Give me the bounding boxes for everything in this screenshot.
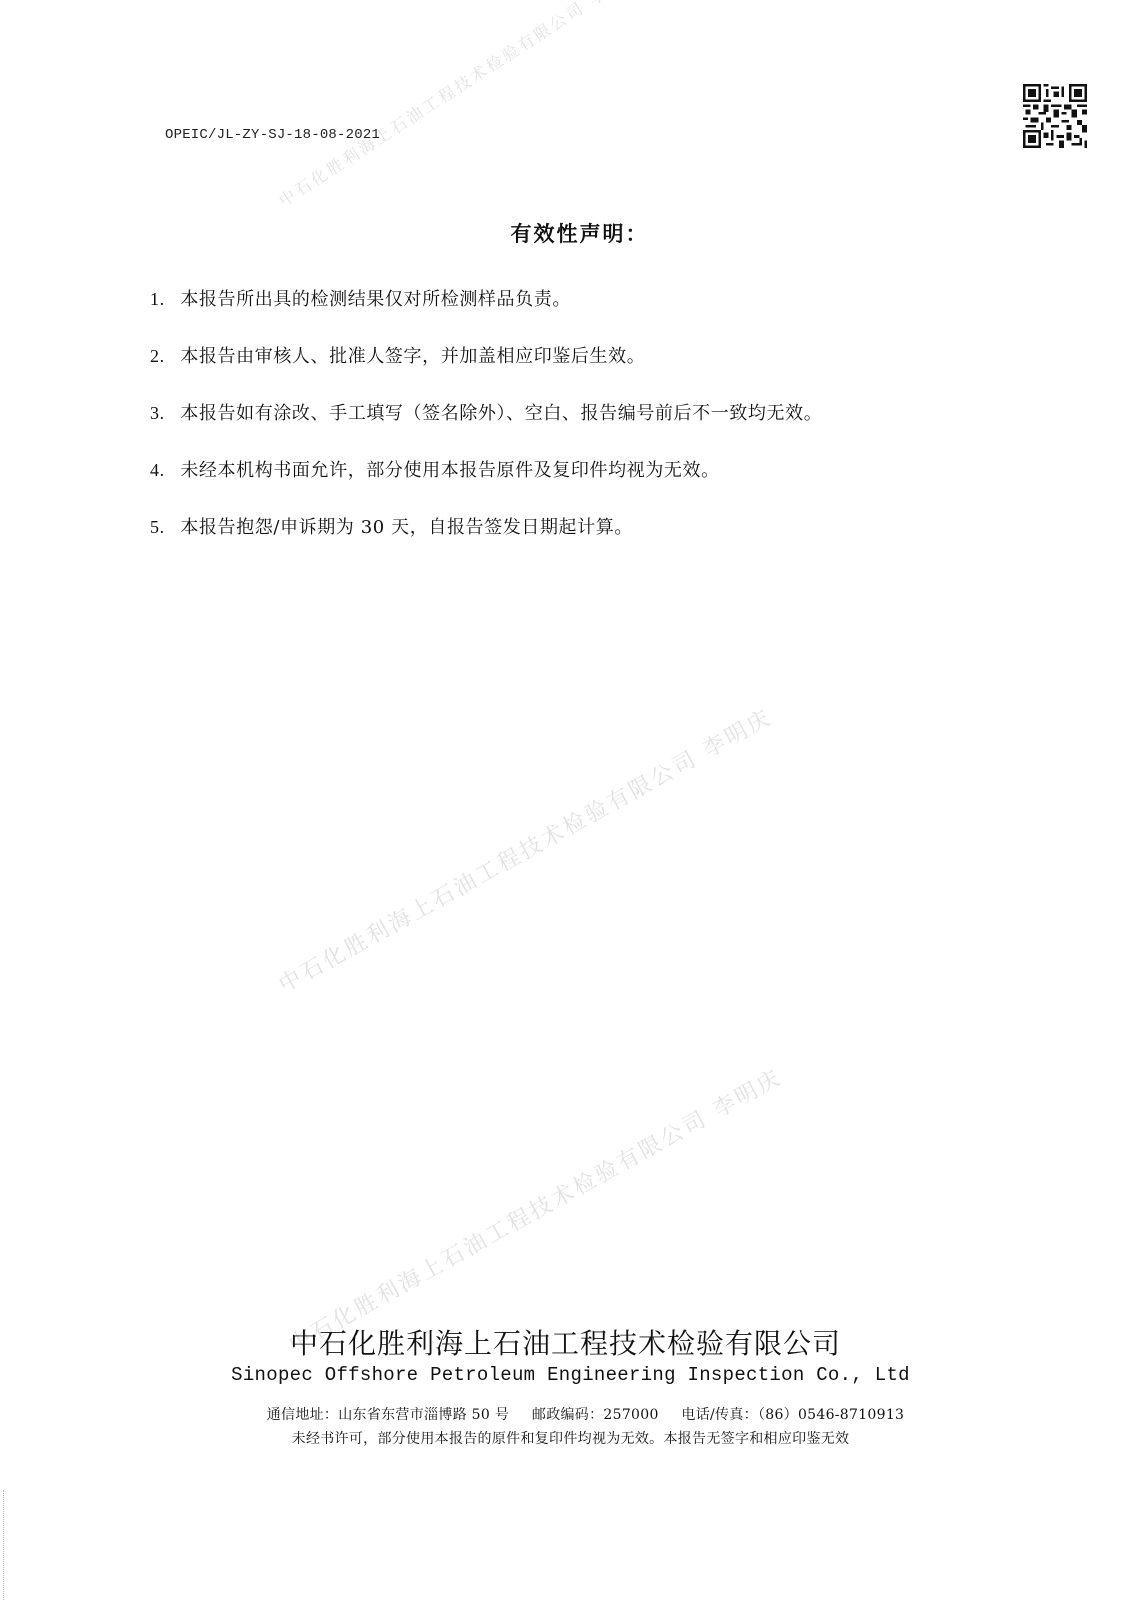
item-number: 4. [150, 458, 174, 482]
list-item: 4. 未经本机构书面允许，部分使用本报告原件及复印件均视为无效。 [150, 458, 822, 515]
item-number: 2. [150, 344, 174, 368]
qr-code-icon [1023, 84, 1087, 148]
company-name-cn: 中石化胜利海上石油工程技术检验有限公司 [0, 1322, 1131, 1362]
watermark: 中石化胜利海上石油工程技术检验有限公司 李明庆 [274, 0, 644, 211]
watermark: 中石化胜利海上石油工程技术检验有限公司 李明庆 [282, 1060, 787, 1359]
footer-notice: 未经书许可，部分使用本报告的原件和复印件均视为无效。本报告无签字和相应印鉴无效 [0, 1428, 1131, 1448]
address: 通信地址：山东省东营市淄博路 50 号 [267, 1407, 509, 1423]
list-item: 5. 本报告抱怨/申诉期为 30 天，自报告签发日期起计算。 [150, 515, 822, 572]
document-code: OPEIC/JL-ZY-SJ-18-08-2021 [165, 127, 380, 143]
company-name-en: Sinopec Offshore Petroleum Engineering I… [0, 1364, 1131, 1386]
list-item: 1. 本报告所出具的检测结果仅对所检测样品负责。 [150, 287, 822, 344]
list-item: 2. 本报告由审核人、批准人签字，并加盖相应印鉴后生效。 [150, 344, 822, 401]
page-title: 有效性声明： [0, 218, 1131, 248]
phone-fax: 电话/传真：（86）0546-8710913 [681, 1407, 904, 1423]
scan-edge-artifact [3, 1490, 5, 1600]
item-text: 本报告抱怨/申诉期为 30 天，自报告签发日期起计算。 [180, 517, 633, 538]
footer: 中石化胜利海上石油工程技术检验有限公司 Sinopec Offshore Pet… [0, 1322, 1131, 1448]
item-number: 3. [150, 401, 174, 425]
statement-list: 1. 本报告所出具的检测结果仅对所检测样品负责。 2. 本报告由审核人、批准人签… [150, 287, 822, 572]
item-text: 本报告如有涂改、手工填写（签名除外）、空白、报告编号前后不一致均无效。 [180, 403, 822, 424]
watermark: 中石化胜利海上石油工程技术检验有限公司 李明庆 [272, 700, 777, 999]
item-number: 5. [150, 515, 174, 539]
item-text: 本报告由审核人、批准人签字，并加盖相应印鉴后生效。 [180, 346, 645, 367]
postcode: 邮政编码：257000 [532, 1407, 659, 1423]
list-item: 3. 本报告如有涂改、手工填写（签名除外）、空白、报告编号前后不一致均无效。 [150, 401, 822, 458]
statement-title: 有效性声明： [511, 218, 649, 248]
item-text: 本报告所出具的检测结果仅对所检测样品负责。 [180, 289, 571, 310]
contact-info: 通信地址：山东省东营市淄博路 50 号 邮政编码：257000 电话/传真：（8… [0, 1404, 1131, 1424]
item-text: 未经本机构书面允许，部分使用本报告原件及复印件均视为无效。 [180, 460, 719, 481]
item-number: 1. [150, 287, 174, 311]
